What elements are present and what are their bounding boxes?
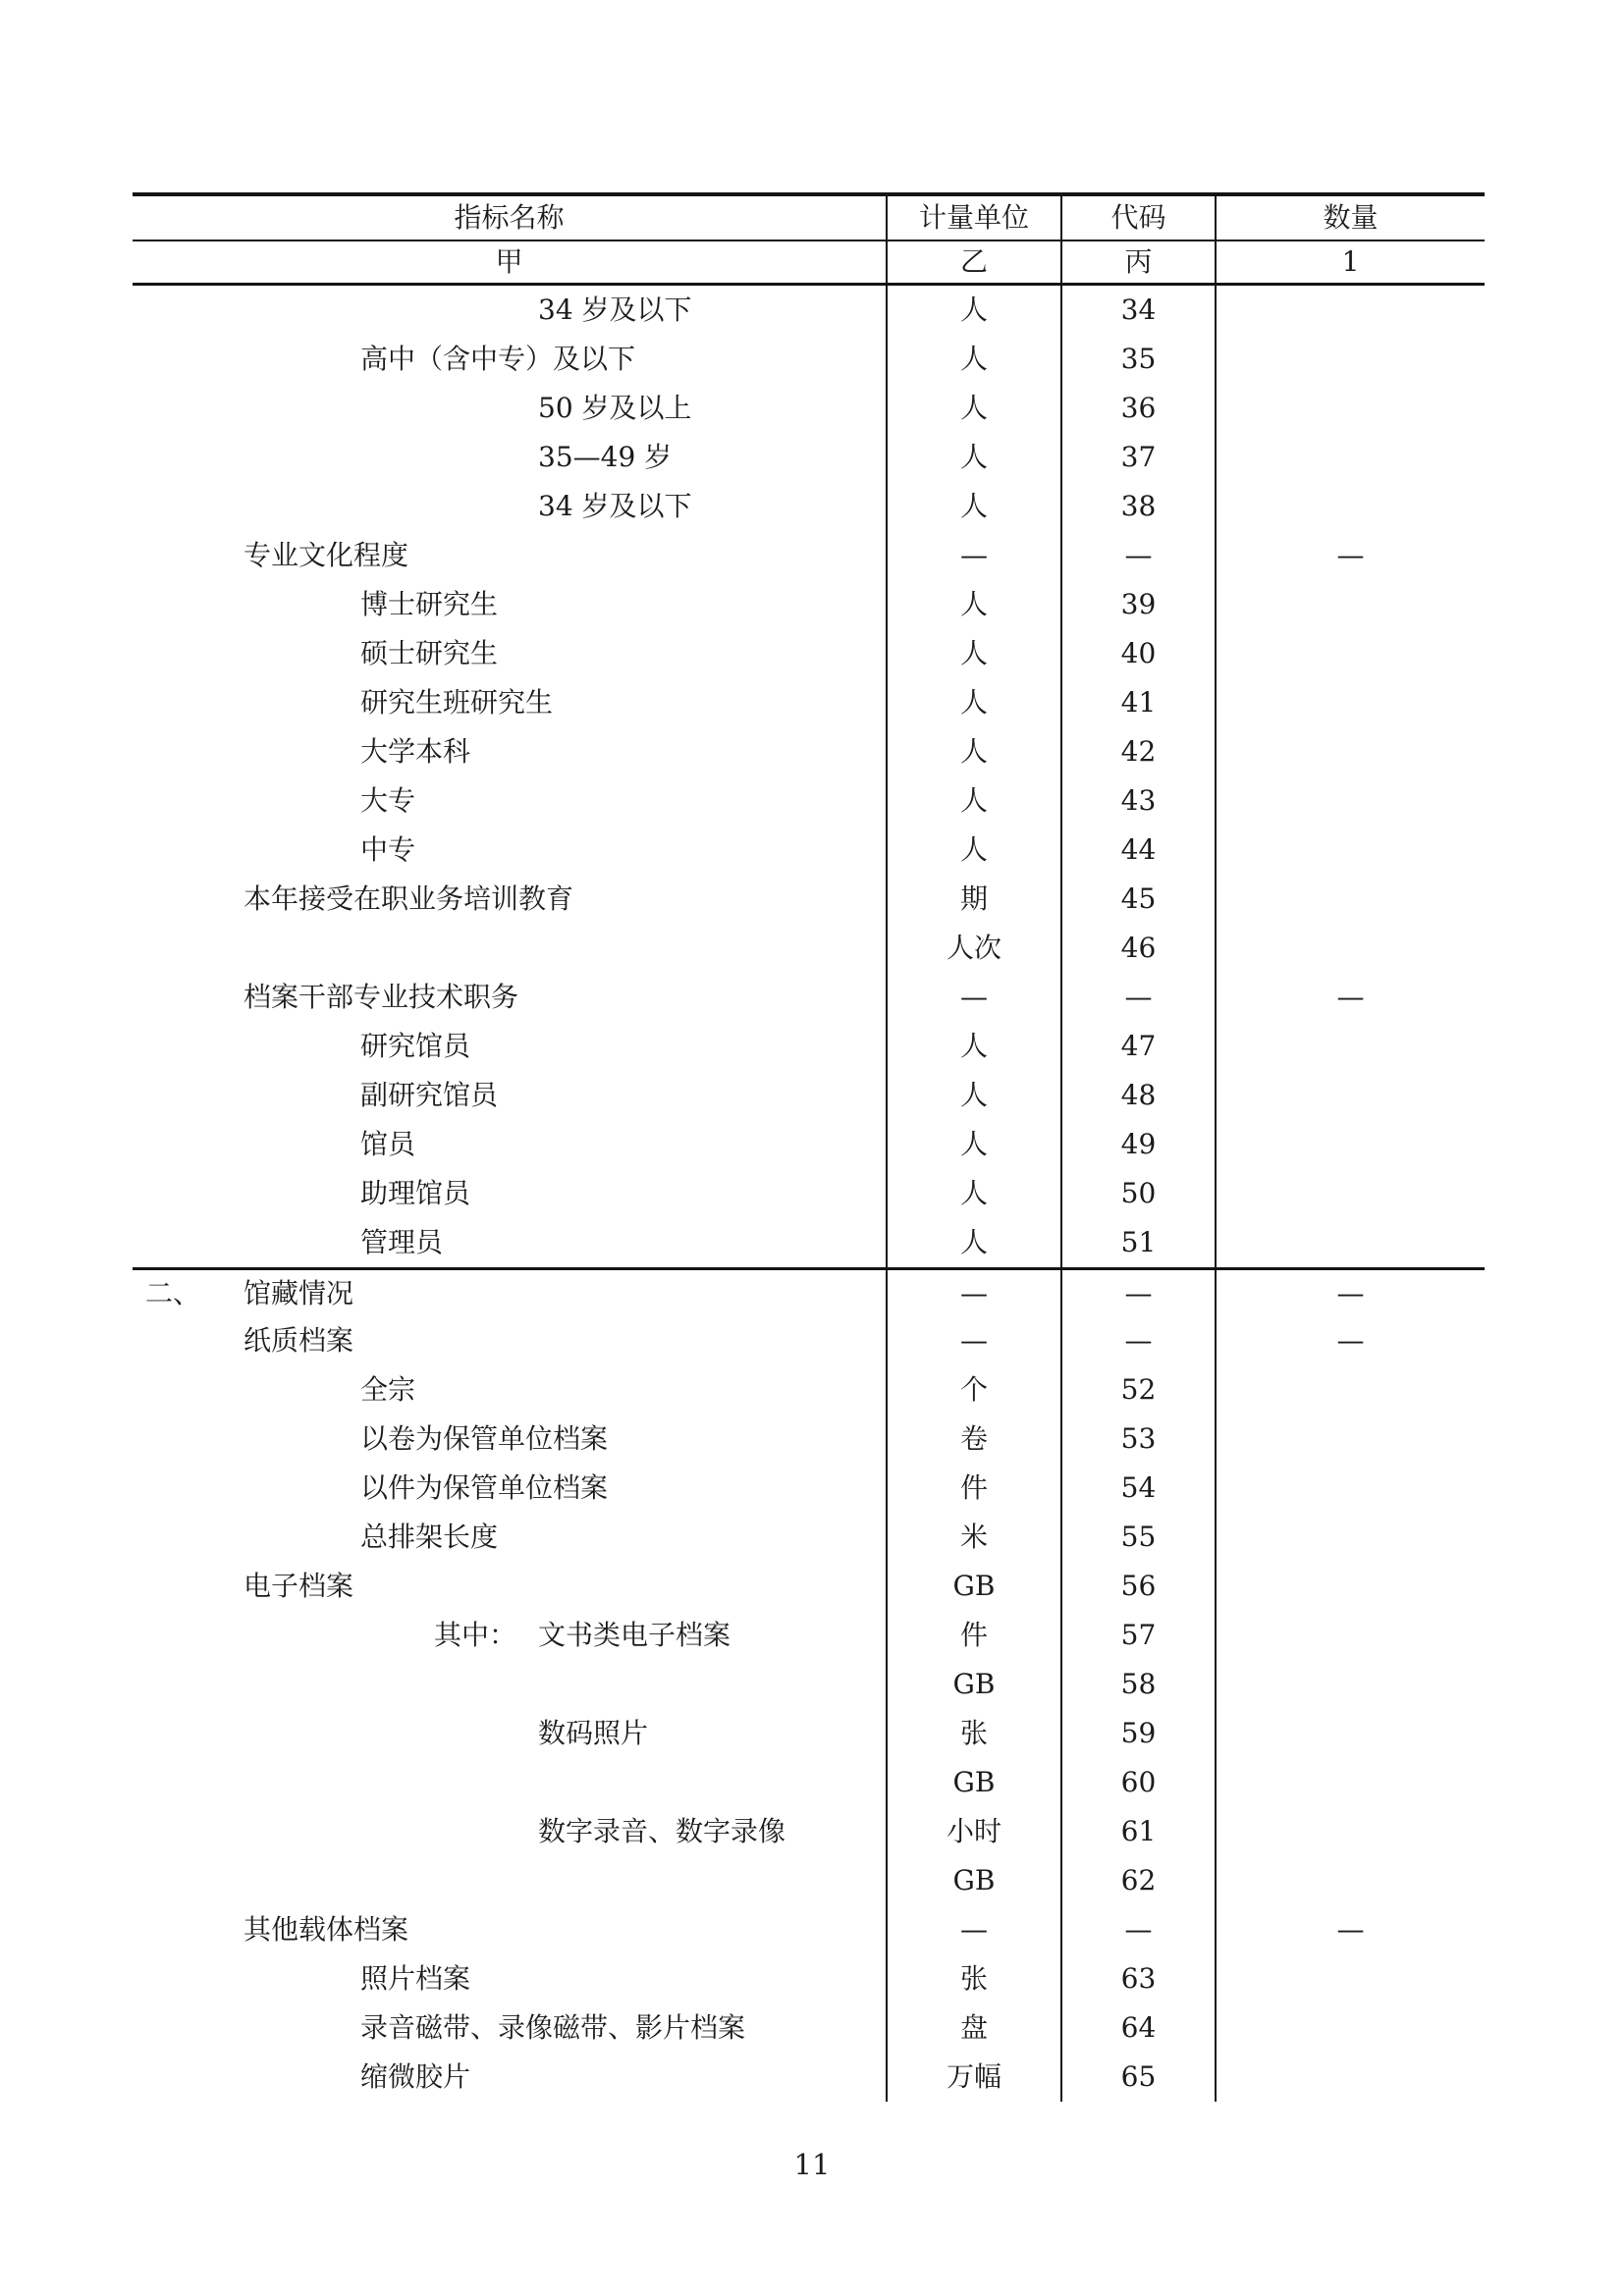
quantity-cell <box>1215 1120 1485 1169</box>
indicator-name-cell: 高中（含中专）及以下 <box>133 335 886 384</box>
indicator-label: 照片档案 <box>360 1965 470 1993</box>
column-subheader-jia: 甲 <box>133 241 886 286</box>
indicator-label: 34 岁及以下 <box>538 493 692 520</box>
quantity-cell: — <box>1215 1316 1485 1365</box>
quantity-cell <box>1215 1365 1485 1415</box>
indicator-name-cell: 硕士研究生 <box>133 629 886 678</box>
code-cell: 43 <box>1060 776 1215 826</box>
row-prefix: 其中： <box>434 1622 538 1649</box>
column-header-quantity: 数量 <box>1215 196 1485 241</box>
code-cell: 36 <box>1060 384 1215 433</box>
quantity-cell <box>1215 875 1485 924</box>
code-cell: 42 <box>1060 727 1215 776</box>
unit-cell: 卷 <box>886 1415 1060 1464</box>
indicator-label: 馆员 <box>360 1131 415 1158</box>
indicator-label: 录音磁带、录像磁带、影片档案 <box>360 2014 745 2042</box>
indicator-label: 中专 <box>360 836 415 864</box>
unit-cell: 个 <box>886 1365 1060 1415</box>
unit-cell: 人 <box>886 727 1060 776</box>
quantity-cell <box>1215 1169 1485 1218</box>
code-cell: 49 <box>1060 1120 1215 1169</box>
indicator-label: 文书类电子档案 <box>538 1622 731 1649</box>
indicator-name-cell: 档案干部专业技术职务 <box>133 973 886 1022</box>
code-cell: 37 <box>1060 433 1215 482</box>
indicator-name-cell <box>133 924 886 973</box>
code-cell: 35 <box>1060 335 1215 384</box>
code-cell: — <box>1060 1905 1215 1954</box>
indicator-label: 档案干部专业技术职务 <box>244 984 518 1011</box>
indicator-label: 总排架长度 <box>360 1523 498 1551</box>
indicator-name-cell: 以件为保管单位档案 <box>133 1464 886 1513</box>
indicator-name-cell: 大专 <box>133 776 886 826</box>
indicator-name-cell: 录音磁带、录像磁带、影片档案 <box>133 2003 886 2053</box>
code-cell: 51 <box>1060 1218 1215 1267</box>
indicator-label: 电子档案 <box>244 1573 353 1600</box>
quantity-cell <box>1215 2003 1485 2053</box>
unit-cell: 人 <box>886 286 1060 335</box>
indicator-name-cell <box>133 1758 886 1807</box>
indicator-name-cell: 本年接受在职业务培训教育 <box>133 875 886 924</box>
indicator-label: 本年接受在职业务培训教育 <box>244 885 573 913</box>
indicator-label: 研究馆员 <box>360 1033 470 1060</box>
quantity-cell <box>1215 1709 1485 1758</box>
code-cell: 41 <box>1060 678 1215 727</box>
unit-cell: GB <box>886 1562 1060 1611</box>
unit-cell: 人 <box>886 580 1060 629</box>
indicator-label: 专业文化程度 <box>244 542 408 569</box>
unit-cell: — <box>886 1316 1060 1365</box>
indicator-label: 以卷为保管单位档案 <box>360 1425 608 1453</box>
quantity-cell: — <box>1215 1267 1485 1316</box>
indicator-name-cell: 35—49 岁 <box>133 433 886 482</box>
code-cell: 47 <box>1060 1022 1215 1071</box>
quantity-cell: — <box>1215 973 1485 1022</box>
unit-cell: 人 <box>886 826 1060 875</box>
unit-cell: 张 <box>886 1954 1060 2003</box>
unit-cell: 张 <box>886 1709 1060 1758</box>
quantity-cell <box>1215 826 1485 875</box>
unit-cell: 件 <box>886 1464 1060 1513</box>
unit-cell: 人 <box>886 384 1060 433</box>
quantity-cell <box>1215 1218 1485 1267</box>
indicator-name-cell: 34 岁及以下 <box>133 482 886 531</box>
indicator-name-cell: 中专 <box>133 826 886 875</box>
unit-cell: 米 <box>886 1513 1060 1562</box>
unit-cell: GB <box>886 1660 1060 1709</box>
quantity-cell <box>1215 482 1485 531</box>
indicator-name-cell: 数字录音、数字录像 <box>133 1807 886 1856</box>
code-cell: 60 <box>1060 1758 1215 1807</box>
unit-cell: 小时 <box>886 1807 1060 1856</box>
indicator-label: 34 岁及以下 <box>538 296 692 324</box>
quantity-cell <box>1215 727 1485 776</box>
quantity-cell <box>1215 384 1485 433</box>
unit-cell: 人 <box>886 1169 1060 1218</box>
quantity-cell <box>1215 1513 1485 1562</box>
code-cell: 46 <box>1060 924 1215 973</box>
indicator-name-cell: 管理员 <box>133 1218 886 1267</box>
indicator-label: 硕士研究生 <box>360 640 498 667</box>
statistics-table: 指标名称 计量单位 代码 数量 甲 乙 丙 1 34 岁及以下人34高中（含中专… <box>133 192 1485 2102</box>
indicator-name-cell: 电子档案 <box>133 1562 886 1611</box>
quantity-cell <box>1215 1660 1485 1709</box>
document-page: 指标名称 计量单位 代码 数量 甲 乙 丙 1 34 岁及以下人34高中（含中专… <box>0 0 1624 2296</box>
unit-cell: 人次 <box>886 924 1060 973</box>
unit-cell: 人 <box>886 1120 1060 1169</box>
code-cell: 59 <box>1060 1709 1215 1758</box>
indicator-name-cell: 34 岁及以下 <box>133 286 886 335</box>
row-prefix: 二、 <box>145 1280 244 1308</box>
quantity-cell <box>1215 924 1485 973</box>
code-cell: 54 <box>1060 1464 1215 1513</box>
code-cell: — <box>1060 531 1215 580</box>
column-header-unit: 计量单位 <box>886 196 1060 241</box>
column-subheader-1: 1 <box>1215 241 1485 286</box>
indicator-label: 全宗 <box>360 1376 415 1404</box>
unit-cell: 人 <box>886 629 1060 678</box>
code-cell: 45 <box>1060 875 1215 924</box>
indicator-name-cell: 博士研究生 <box>133 580 886 629</box>
quantity-cell <box>1215 1562 1485 1611</box>
quantity-cell <box>1215 433 1485 482</box>
indicator-name-cell: 副研究馆员 <box>133 1071 886 1120</box>
quantity-cell <box>1215 1807 1485 1856</box>
column-header-code: 代码 <box>1060 196 1215 241</box>
indicator-label: 研究生班研究生 <box>360 689 553 717</box>
quantity-cell <box>1215 1415 1485 1464</box>
code-cell: 48 <box>1060 1071 1215 1120</box>
unit-cell: 人 <box>886 1022 1060 1071</box>
column-header-indicator-name: 指标名称 <box>133 196 886 241</box>
indicator-label: 其他载体档案 <box>244 1916 408 1944</box>
quantity-cell <box>1215 1954 1485 2003</box>
indicator-name-cell: 缩微胶片 <box>133 2053 886 2102</box>
unit-cell: 人 <box>886 1218 1060 1267</box>
indicator-name-cell: 专业文化程度 <box>133 531 886 580</box>
quantity-cell <box>1215 335 1485 384</box>
quantity-cell <box>1215 2053 1485 2102</box>
indicator-label: 35—49 岁 <box>538 444 672 471</box>
indicator-name-cell: 以卷为保管单位档案 <box>133 1415 886 1464</box>
unit-cell: 期 <box>886 875 1060 924</box>
unit-cell: — <box>886 973 1060 1022</box>
code-cell: 53 <box>1060 1415 1215 1464</box>
quantity-cell <box>1215 1022 1485 1071</box>
column-subheader-bing: 丙 <box>1060 241 1215 286</box>
code-cell: 57 <box>1060 1611 1215 1660</box>
code-cell: 34 <box>1060 286 1215 335</box>
quantity-cell <box>1215 1856 1485 1905</box>
quantity-cell <box>1215 776 1485 826</box>
indicator-label: 50 岁及以上 <box>538 395 692 422</box>
unit-cell: — <box>886 1905 1060 1954</box>
indicator-name-cell <box>133 1856 886 1905</box>
indicator-label: 以件为保管单位档案 <box>360 1474 608 1502</box>
indicator-label: 大学本科 <box>360 738 470 766</box>
code-cell: 39 <box>1060 580 1215 629</box>
unit-cell: 万幅 <box>886 2053 1060 2102</box>
unit-cell: — <box>886 531 1060 580</box>
indicator-label: 博士研究生 <box>360 591 498 618</box>
code-cell: 63 <box>1060 1954 1215 2003</box>
unit-cell: 人 <box>886 335 1060 384</box>
unit-cell: 件 <box>886 1611 1060 1660</box>
code-cell: 58 <box>1060 1660 1215 1709</box>
code-cell: 62 <box>1060 1856 1215 1905</box>
quantity-cell <box>1215 678 1485 727</box>
quantity-cell <box>1215 1758 1485 1807</box>
quantity-cell <box>1215 1071 1485 1120</box>
code-cell: 64 <box>1060 2003 1215 2053</box>
unit-cell: GB <box>886 1856 1060 1905</box>
code-cell: 40 <box>1060 629 1215 678</box>
quantity-cell: — <box>1215 1905 1485 1954</box>
indicator-label: 数码照片 <box>538 1720 648 1747</box>
indicator-name-cell: 二、馆藏情况 <box>133 1267 886 1316</box>
code-cell: 61 <box>1060 1807 1215 1856</box>
indicator-name-cell: 其中：文书类电子档案 <box>133 1611 886 1660</box>
unit-cell: 人 <box>886 1071 1060 1120</box>
column-subheader-yi: 乙 <box>886 241 1060 286</box>
indicator-name-cell: 照片档案 <box>133 1954 886 2003</box>
indicator-name-cell: 研究馆员 <box>133 1022 886 1071</box>
unit-cell: 人 <box>886 678 1060 727</box>
indicator-label: 馆藏情况 <box>244 1280 353 1308</box>
quantity-cell <box>1215 629 1485 678</box>
indicator-name-cell: 50 岁及以上 <box>133 384 886 433</box>
code-cell: 55 <box>1060 1513 1215 1562</box>
quantity-cell <box>1215 580 1485 629</box>
code-cell: 50 <box>1060 1169 1215 1218</box>
indicator-name-cell: 助理馆员 <box>133 1169 886 1218</box>
indicator-label: 助理馆员 <box>360 1180 470 1207</box>
quantity-cell <box>1215 286 1485 335</box>
indicator-name-cell: 馆员 <box>133 1120 886 1169</box>
indicator-name-cell: 大学本科 <box>133 727 886 776</box>
code-cell: 52 <box>1060 1365 1215 1415</box>
indicator-label: 纸质档案 <box>244 1327 353 1355</box>
indicator-label: 数字录音、数字录像 <box>538 1818 785 1845</box>
indicator-label: 高中（含中专）及以下 <box>360 346 635 373</box>
unit-cell: 人 <box>886 776 1060 826</box>
indicator-label: 大专 <box>360 787 415 815</box>
code-cell: — <box>1060 973 1215 1022</box>
indicator-name-cell: 数码照片 <box>133 1709 886 1758</box>
unit-cell: 人 <box>886 433 1060 482</box>
indicator-label: 管理员 <box>360 1229 443 1256</box>
code-cell: — <box>1060 1316 1215 1365</box>
quantity-cell <box>1215 1464 1485 1513</box>
unit-cell: 人 <box>886 482 1060 531</box>
page-number: 11 <box>0 2148 1624 2181</box>
code-cell: 44 <box>1060 826 1215 875</box>
quantity-cell <box>1215 1611 1485 1660</box>
code-cell: 38 <box>1060 482 1215 531</box>
code-cell: — <box>1060 1267 1215 1316</box>
indicator-name-cell: 全宗 <box>133 1365 886 1415</box>
unit-cell: — <box>886 1267 1060 1316</box>
indicator-label: 缩微胶片 <box>360 2063 470 2091</box>
code-cell: 65 <box>1060 2053 1215 2102</box>
indicator-name-cell: 研究生班研究生 <box>133 678 886 727</box>
unit-cell: 盘 <box>886 2003 1060 2053</box>
indicator-name-cell: 纸质档案 <box>133 1316 886 1365</box>
indicator-name-cell: 其他载体档案 <box>133 1905 886 1954</box>
code-cell: 56 <box>1060 1562 1215 1611</box>
indicator-name-cell <box>133 1660 886 1709</box>
quantity-cell: — <box>1215 531 1485 580</box>
unit-cell: GB <box>886 1758 1060 1807</box>
indicator-name-cell: 总排架长度 <box>133 1513 886 1562</box>
indicator-label: 副研究馆员 <box>360 1082 498 1109</box>
